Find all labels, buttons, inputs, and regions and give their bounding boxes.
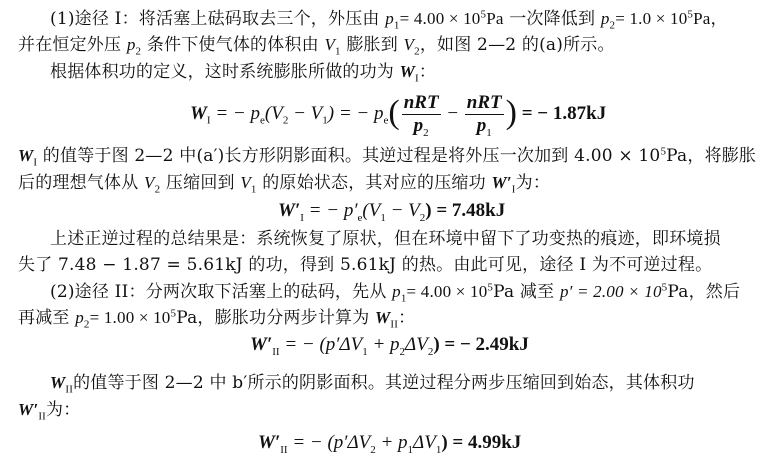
paragraph1-line1: (1)途径 I：将活塞上砝码取去三个，外压由 p1= 4.00 × 105Pa … [50, 8, 728, 30]
p2-value: = 1.0 × 10 [615, 9, 687, 28]
symbol-p1: p [392, 282, 401, 301]
text: Pa，将膨胀 [666, 146, 756, 166]
symbol-p2: p [127, 35, 136, 54]
symbol-p2: p [75, 308, 84, 327]
paragraph5-line2: W′II为： [18, 399, 80, 421]
result: ) = − 2.49kJ [433, 334, 529, 355]
text: + p [376, 432, 408, 453]
text: ) = − p [328, 103, 384, 124]
text: 后的理想气体从 [18, 173, 144, 193]
result: ) = 7.48kJ [425, 200, 505, 221]
fraction-2: nRTp1 [465, 92, 504, 137]
symbol-v2: V [144, 173, 155, 192]
paragraph4-line1: (2)途径 II：分两次取下活塞上的砝码，先从 p1= 4.00 × 105Pa… [50, 281, 740, 303]
text: = − (p′ΔV [280, 334, 363, 355]
w: W [190, 103, 207, 124]
symbol-p1: p [385, 9, 394, 28]
sub: 2 [423, 127, 429, 139]
sub: II [272, 346, 279, 358]
text: 的值等于图 2—2 中 b′所示的阴影面积。其逆过程分两步压缩回到始态，其体积功 [73, 373, 695, 393]
w-prime: W′ [278, 200, 300, 221]
text: Pa 减至 [493, 282, 560, 302]
paragraph5-line1: WII的值等于图 2—2 中 b′所示的阴影面积。其逆过程分两步压缩回到始态，其… [50, 372, 695, 394]
text: 的原始状态，其对应的压缩功 [257, 173, 492, 193]
formula-w2-prime-expansion: W′II = − (p′ΔV1 + p2ΔV2) = − 2.49kJ [250, 334, 529, 356]
symbol-v1: V [324, 35, 335, 54]
text: ： [419, 62, 436, 82]
numerator: nRT [402, 92, 441, 115]
unit: Pa， [693, 9, 728, 28]
text: 条件下使气体的体积由 [141, 35, 324, 55]
denominator: p [477, 115, 487, 136]
sub: 1 [486, 127, 492, 139]
text: ，如图 2—2 的(a)所示。 [420, 35, 615, 55]
symbol-p2: p [601, 9, 610, 28]
paragraph4-line2: 再减至 p2= 1.00 × 105Pa，膨胀功分两步计算为 WII： [18, 307, 415, 329]
text: (V [362, 200, 380, 221]
denominator: p [414, 115, 424, 136]
text: 膨胀到 [341, 35, 404, 55]
paragraph2-line2: 后的理想气体从 V2 压缩回到 V1 的原始状态，其对应的压缩功 W′I为： [18, 172, 550, 194]
p1-value: = 4.00 × 10 [400, 9, 481, 28]
text: ： [398, 308, 415, 328]
paragraph2-line1: WI 的值等于图 2—2 中(a′)长方形阴影面积。其逆过程是将外压一次加到 4… [18, 145, 756, 167]
result: ) = 4.99kJ [441, 432, 521, 453]
symbol-w: W [50, 373, 65, 392]
formula-w1: WI = − pe(V2 − V1) = − pe(nRTp2 − nRTp1)… [190, 92, 606, 137]
text: (V [265, 103, 283, 124]
text: 再减至 [18, 308, 75, 328]
sub: II [390, 318, 398, 330]
paren: ( [388, 94, 399, 131]
text: ΔV [413, 432, 436, 453]
text: = − p′ [304, 200, 358, 221]
paren: ) [506, 94, 517, 131]
symbol-w-prime: W′ [18, 400, 38, 419]
text: 压缩回到 [160, 173, 240, 193]
p-prime-value: p′ = 2.00 × 10 [560, 282, 662, 301]
numerator: nRT [465, 92, 504, 115]
formula-w1-prime: W′I = − p′e(V1 − V2) = 7.48kJ [278, 200, 505, 222]
symbol-w: W [375, 308, 390, 327]
value: = 4.00 × 10 [407, 282, 488, 301]
fraction-1: nRTp2 [402, 92, 441, 137]
text: Pa，然后 [667, 282, 740, 302]
text: 一次降低到 [504, 9, 601, 29]
paragraph1-line3: 根据体积功的定义，这时系统膨胀所做的功为 WI： [50, 61, 436, 83]
text: 根据体积功的定义，这时系统膨胀所做的功为 [50, 62, 400, 82]
text: (1)途径 I：将活塞上砝码取去三个，外压由 [50, 9, 385, 29]
symbol-v1: V [240, 173, 251, 192]
symbol-v2: V [404, 35, 415, 54]
paragraph1-line2: 并在恒定外压 p2 条件下使气体的体积由 V1 膨胀到 V2，如图 2—2 的(… [18, 34, 615, 56]
formula-w2-prime-compression: W′II = − (p′ΔV2 + p1ΔV1) = 4.99kJ [258, 432, 521, 454]
unit: Pa [486, 9, 503, 28]
value: = 1.00 × 10 [90, 308, 171, 327]
sub: II [65, 383, 73, 395]
symbol-w-prime: W′ [491, 173, 511, 192]
text: 为： [516, 173, 550, 193]
paragraph3-line2: 失了 7.48 − 1.87 = 5.61kJ 的功，得到 5.61kJ 的热。… [18, 254, 712, 276]
text: 上述正逆过程的总结果是：系统恢复了原状，但在环境中留下了功变热的痕迹，即环境损 [50, 229, 721, 249]
text: − V [288, 103, 322, 124]
w-prime: W′ [258, 432, 280, 453]
text: + p [368, 334, 400, 355]
minus: − [443, 103, 463, 124]
text: Pa，膨胀功分两步计算为 [176, 308, 375, 328]
result: = − 1.87kJ [517, 103, 606, 124]
w-prime: W′ [250, 334, 272, 355]
symbol-w: W [400, 62, 415, 81]
text: = − p [211, 103, 260, 124]
text: 的值等于图 2—2 中(a′)长方形阴影面积。其逆过程是将外压一次加到 4.00… [37, 146, 660, 166]
text: 为： [46, 400, 80, 420]
symbol-w: W [18, 146, 33, 165]
paragraph3-line1: 上述正逆过程的总结果是：系统恢复了原状，但在环境中留下了功变热的痕迹，即环境损 [50, 228, 721, 250]
text: ΔV [405, 334, 428, 355]
text: (2)途径 II：分两次取下活塞上的砝码，先从 [50, 282, 392, 302]
sub: II [280, 444, 287, 456]
text: = − (p′ΔV [288, 432, 371, 453]
sub: II [38, 410, 46, 422]
text: 失了 7.48 − 1.87 = 5.61kJ 的功，得到 5.61kJ 的热。… [18, 255, 712, 275]
text: 并在恒定外压 [18, 35, 127, 55]
text: − V [386, 200, 420, 221]
